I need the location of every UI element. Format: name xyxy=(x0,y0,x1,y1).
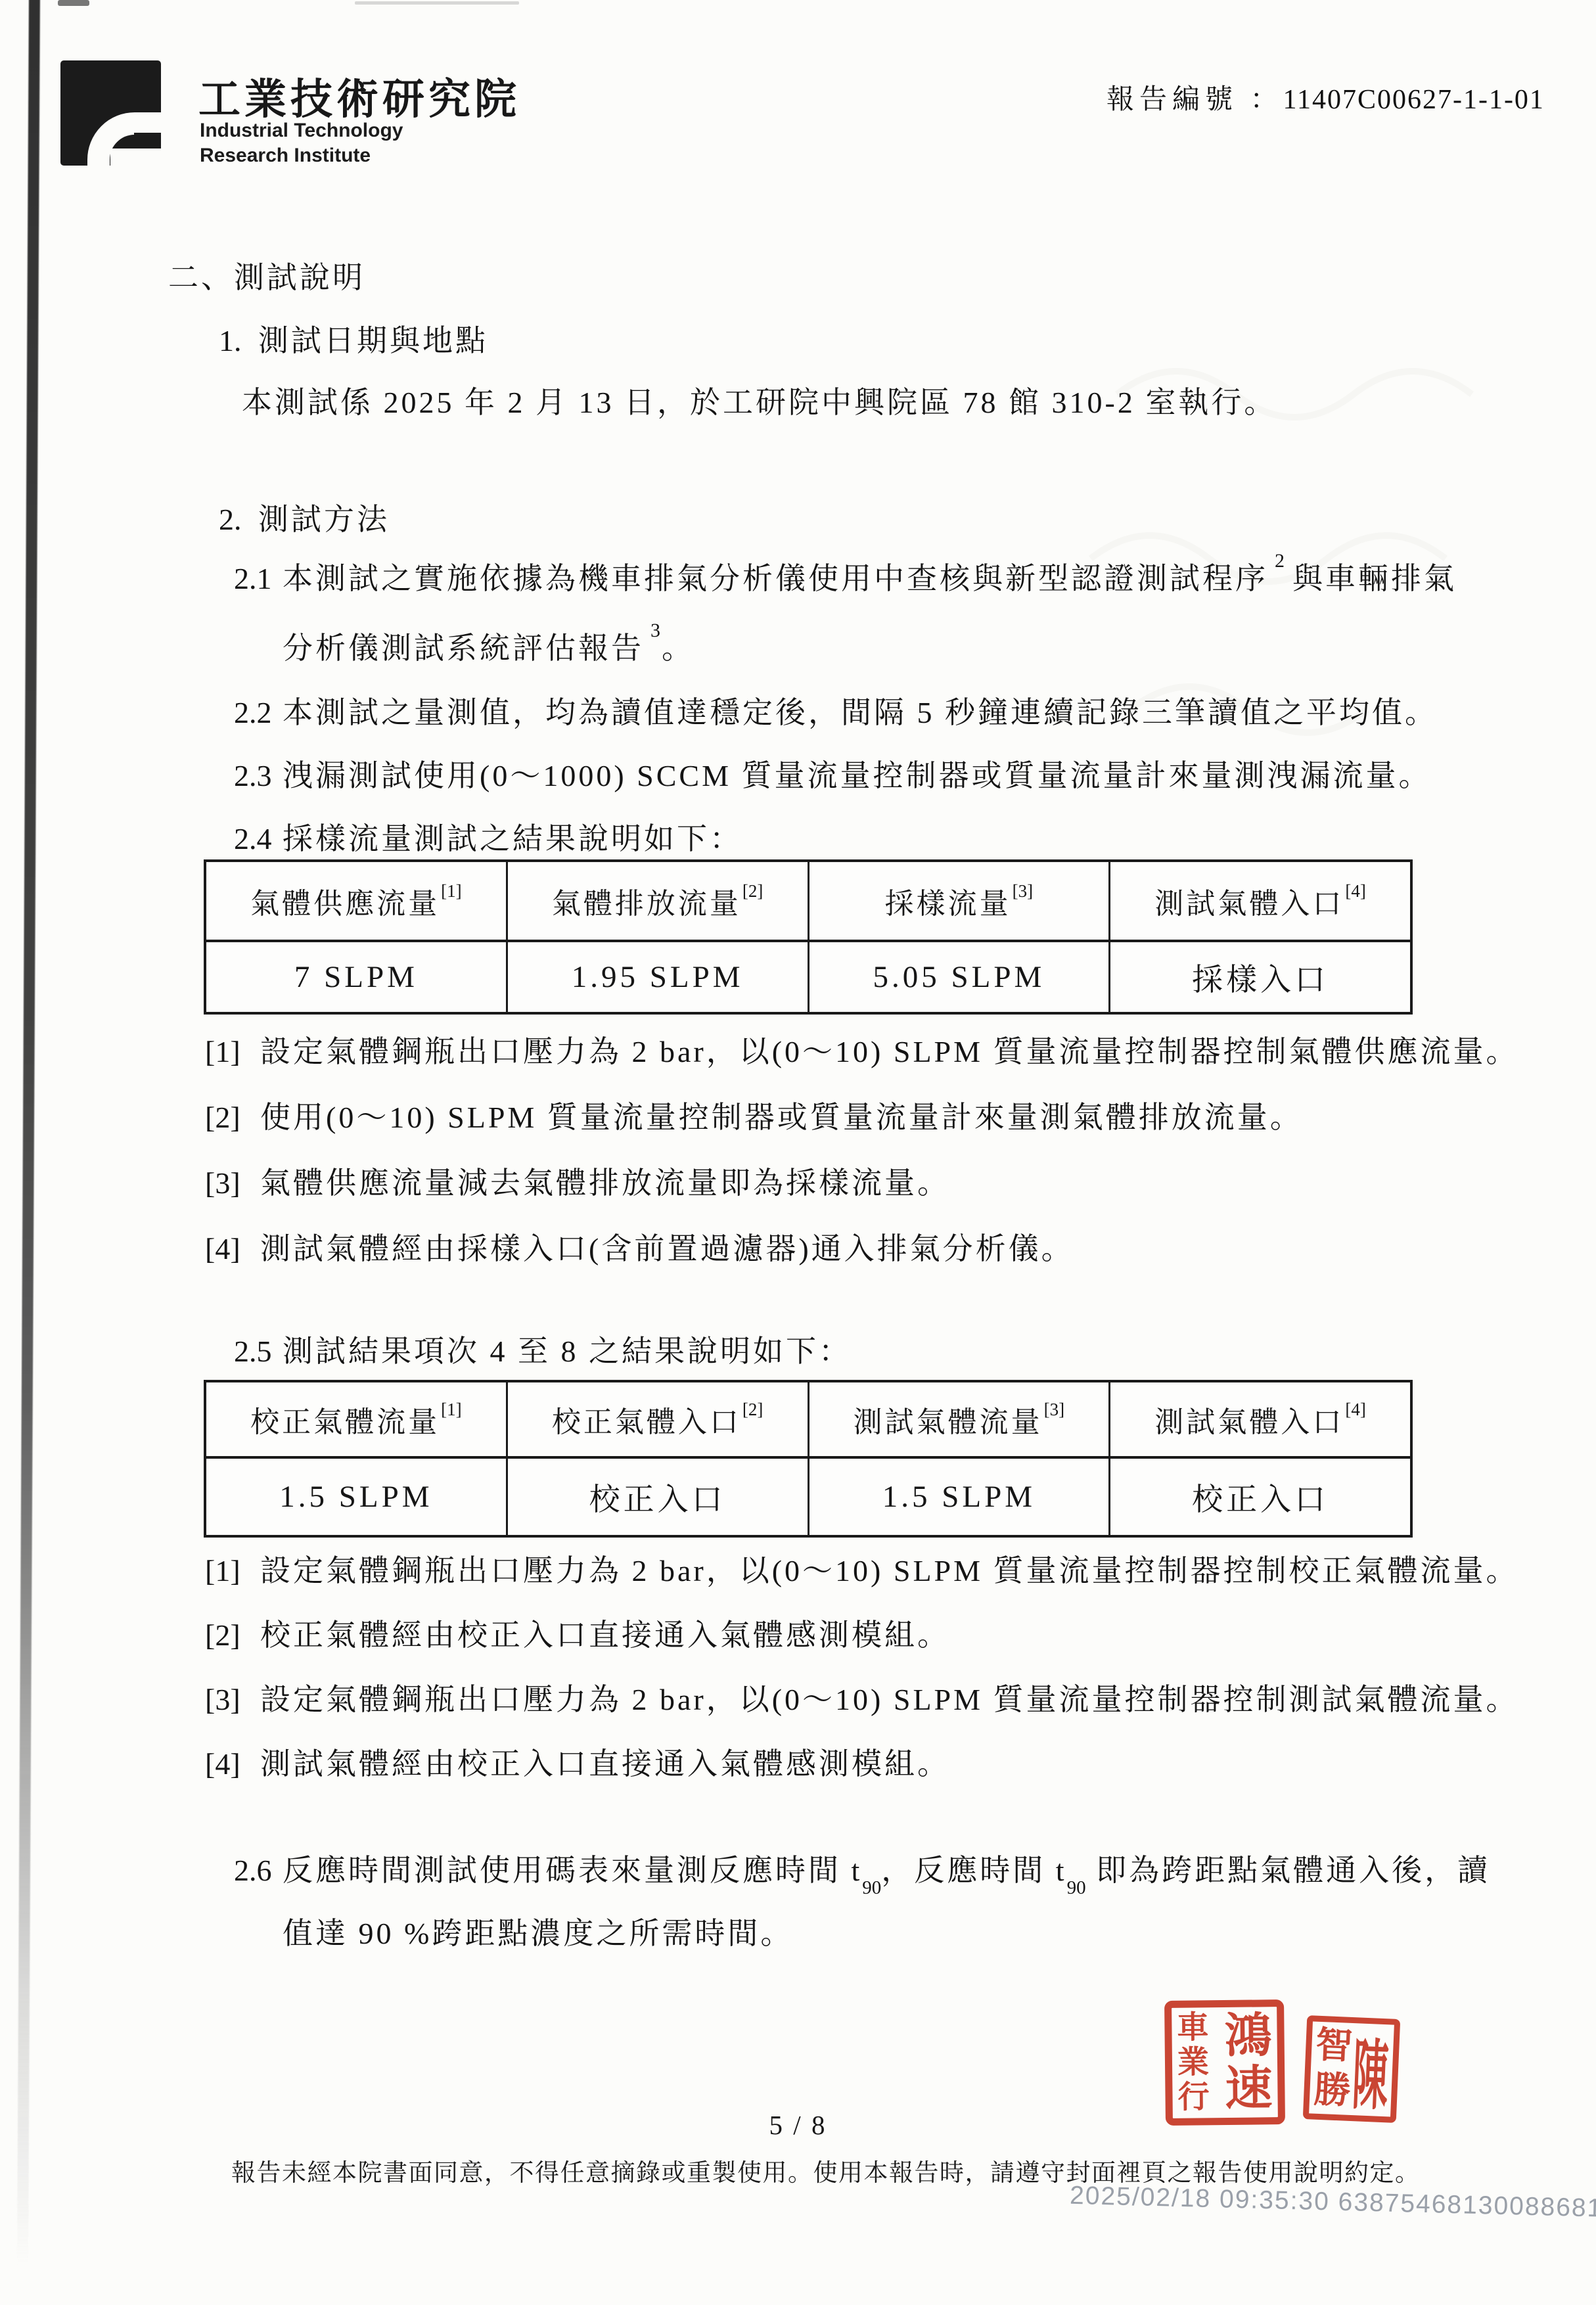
footnote-text: 設定氣體鋼瓶出口壓力為 2 bar，以(0～10) SLPM 質量流量控制器控制… xyxy=(260,1683,1519,1716)
calibration-flow-table: 校正氣體流量[1] 校正氣體入口[2] 測試氣體流量[3] 測試氣體入口[4] … xyxy=(204,1380,1413,1538)
sampling-flow-table: 氣體供應流量[1] 氣體排放流量[2] 採樣流量[3] 測試氣體入口[4] 7 … xyxy=(204,859,1413,1015)
table-header-cell: 校正氣體入口[2] xyxy=(508,1382,809,1456)
clause-2-3: 2.3洩漏測試使用(0～1000) SCCM 質量流量控制器或質量流量計來量測洩… xyxy=(234,752,1431,795)
item2-number: 2. xyxy=(219,502,258,537)
table-value-cell: 1.5 SLPM xyxy=(809,1459,1111,1535)
table-header-cell: 校正氣體流量[1] xyxy=(206,1382,508,1456)
clause-2-6-text: 反應時間測試使用碼表來量測反應時間 t xyxy=(283,1854,862,1887)
table-value-cell: 7 SLPM xyxy=(206,942,508,1012)
clause-2-5-number: 2.5 xyxy=(234,1334,283,1369)
company-seal-left-column: 車 業 行 xyxy=(1177,2010,1210,2115)
footnote-text: 測試氣體經由校正入口直接通入氣體感測模組。 xyxy=(260,1747,950,1781)
header-footnote-ref: [3] xyxy=(1013,881,1033,901)
clause-2-5: 2.5測試結果項次 4 至 8 之結果說明如下： xyxy=(234,1327,852,1371)
table1-footnote-1: [1]設定氣體鋼瓶出口壓力為 2 bar，以(0～10) SLPM 質量流量控制… xyxy=(205,1028,1519,1071)
footnote-ref: [2] xyxy=(205,1618,260,1653)
table-header-row: 氣體供應流量[1] 氣體排放流量[2] 採樣流量[3] 測試氣體入口[4] xyxy=(206,862,1410,942)
footnote-ref: [3] xyxy=(205,1682,260,1717)
item1-number: 1. xyxy=(219,323,258,358)
footnote-ref: [3] xyxy=(205,1166,260,1200)
table1-footnote-3: [3]氣體供應流量減去氣體排放流量即為採樣流量。 xyxy=(205,1159,950,1202)
scan-timestamp: 2025/02/18 09:35:30 638754681300886814 xyxy=(1070,2181,1596,2224)
table2-footnote-1: [1]設定氣體鋼瓶出口壓力為 2 bar，以(0～10) SLPM 質量流量控制… xyxy=(205,1547,1519,1590)
table-value-row: 1.5 SLPM 校正入口 1.5 SLPM 校正入口 xyxy=(206,1459,1410,1535)
footnote-ref: [2] xyxy=(205,1100,260,1135)
company-seal-stamp: 車 業 行 鴻 速 xyxy=(1164,1999,1285,2126)
section-heading: 二、測試說明 xyxy=(168,254,365,297)
header-footnote-ref: [2] xyxy=(742,1400,763,1420)
table-value-cell: 校正入口 xyxy=(508,1459,809,1535)
clause-2-1-text2: 分析儀測試系統評估報告 xyxy=(283,631,644,665)
footnote-text: 測試氣體經由採樣入口(含前置過濾器)通入排氣分析儀。 xyxy=(260,1232,1074,1266)
table-header-cell: 氣體排放流量[2] xyxy=(508,862,809,940)
header-label: 氣體供應流量 xyxy=(250,880,440,922)
clause-2-2: 2.2本測試之量測值，均為讀值達穩定後，間隔 5 秒鐘連續記錄三筆讀值之平均值。 xyxy=(234,689,1438,732)
report-number-label: 報告編號 ： xyxy=(1106,85,1283,115)
table-value-row: 7 SLPM 1.95 SLPM 5.05 SLPM 採樣入口 xyxy=(206,942,1410,1012)
footnote-ref-superscript: 2 xyxy=(1275,550,1285,572)
scan-artifact-speck xyxy=(355,1,519,5)
item1-heading: 1.測試日期與地點 xyxy=(219,317,488,360)
table2-footnote-4: [4]測試氣體經由校正入口直接通入氣體感測模組。 xyxy=(205,1740,950,1783)
table-value-cell: 校正入口 xyxy=(1110,1459,1410,1535)
item1-paragraph: 本測試係 2025 年 2 月 13 日，於工研院中興院區 78 館 310-2… xyxy=(242,378,1277,422)
table-value-cell: 採樣入口 xyxy=(1110,942,1410,1012)
clause-2-3-text: 洩漏測試使用(0～1000) SCCM 質量流量控制器或質量流量計來量測洩漏流量… xyxy=(283,759,1431,792)
seal-char: 智 xyxy=(1315,2026,1353,2066)
org-title-en-line2: Research Institute xyxy=(200,143,403,168)
table-value-cell: 5.05 SLPM xyxy=(809,942,1111,1012)
org-title-en: Industrial Technology Research Institute xyxy=(200,118,403,168)
seal-char: 陳 xyxy=(1351,2015,1391,2125)
seal-char: 車 xyxy=(1177,2011,1209,2045)
header-label: 測試氣體入口 xyxy=(1154,880,1344,922)
table-header-row: 校正氣體流量[1] 校正氣體入口[2] 測試氣體流量[3] 測試氣體入口[4] xyxy=(206,1382,1410,1459)
page-number: 5 / 8 xyxy=(0,2109,1596,2141)
clause-2-1-text-cont: 與車輛排氣 xyxy=(1292,562,1457,595)
personal-seal-left-column: 智 勝 xyxy=(1313,2023,1354,2114)
clause-2-2-text: 本測試之量測值，均為讀值達穩定後，間隔 5 秒鐘連續記錄三筆讀值之平均值。 xyxy=(283,696,1438,729)
clause-2-3-number: 2.3 xyxy=(234,758,283,793)
scan-artifact-vertical-line xyxy=(17,0,40,2267)
footnote-text: 氣體供應流量減去氣體排放流量即為採樣流量。 xyxy=(260,1166,950,1200)
footnote-text: 校正氣體經由校正入口直接通入氣體感測模組。 xyxy=(260,1618,950,1652)
company-seal-right-column: 鴻 速 xyxy=(1224,2009,1273,2115)
header-footnote-ref: [1] xyxy=(441,1400,461,1420)
clause-2-5-text: 測試結果項次 4 至 8 之結果說明如下： xyxy=(283,1335,852,1368)
clause-2-1-line2: 分析儀測試系統評估報告3。 xyxy=(283,624,695,668)
personal-seal-right-column: 陳 xyxy=(1351,2024,1390,2115)
clause-2-6-text-cont: ，反應時間 t xyxy=(881,1854,1066,1887)
org-title-zh: 工業技術研究院 xyxy=(198,66,520,126)
table1-footnote-2: [2]使用(0～10) SLPM 質量流量控制器或質量流量計來量測氣體排放流量。 xyxy=(205,1093,1303,1137)
scanned-report-page: 工業技術研究院 Industrial Technology Research I… xyxy=(0,0,1596,2305)
footnote-ref: [4] xyxy=(205,1231,260,1266)
header-footnote-ref: [1] xyxy=(441,881,461,901)
footnote-ref: [1] xyxy=(205,1034,260,1069)
seal-char: 速 xyxy=(1225,2062,1273,2115)
table-value-cell: 1.95 SLPM xyxy=(508,942,809,1012)
footer-disclaimer: 報告未經本院書面同意，不得任意摘錄或重製使用。使用本報告時，請遵守封面裡頁之報告… xyxy=(231,2153,1421,2188)
header-label: 校正氣體入口 xyxy=(552,1398,741,1440)
footnote-text: 設定氣體鋼瓶出口壓力為 2 bar，以(0～10) SLPM 質量流量控制器控制… xyxy=(260,1035,1519,1068)
clause-2-6-number: 2.6 xyxy=(234,1853,283,1888)
seal-char: 業 xyxy=(1177,2045,1210,2080)
clause-2-1-line1: 2.1本測試之實施依據為機車排氣分析儀使用中查核與新型認證測試程序2與車輛排氣 xyxy=(234,555,1457,598)
header-label: 校正氣體流量 xyxy=(250,1398,440,1440)
header-label: 採樣流量 xyxy=(885,880,1011,922)
header-label: 測試氣體入口 xyxy=(1154,1398,1344,1440)
clause-2-4-number: 2.4 xyxy=(234,821,283,856)
table-header-cell: 測試氣體流量[3] xyxy=(809,1382,1111,1456)
report-number-value: 11407C00627-1-1-01 xyxy=(1283,85,1545,115)
table-header-cell: 測試氣體入口[4] xyxy=(1110,862,1410,940)
footnote-text: 設定氣體鋼瓶出口壓力為 2 bar，以(0～10) SLPM 質量流量控制器控制… xyxy=(260,1554,1519,1587)
seal-char: 勝 xyxy=(1313,2070,1351,2111)
itri-logo-icon xyxy=(60,60,161,166)
clause-2-4: 2.4採樣流量測試之結果說明如下： xyxy=(234,815,742,858)
table1-footnote-4: [4]測試氣體經由採樣入口(含前置過濾器)通入排氣分析儀。 xyxy=(205,1225,1074,1268)
clause-2-4-text: 採樣流量測試之結果說明如下： xyxy=(283,822,742,856)
table-value-cell: 1.5 SLPM xyxy=(206,1459,508,1535)
item2-heading: 2.測試方法 xyxy=(219,495,390,539)
footnote-ref: [1] xyxy=(205,1553,260,1588)
item1-title: 測試日期與地點 xyxy=(258,324,488,357)
clause-2-1-text: 本測試之實施依據為機車排氣分析儀使用中查核與新型認證測試程序 xyxy=(283,562,1268,595)
header-footnote-ref: [2] xyxy=(742,881,763,901)
clause-2-2-number: 2.2 xyxy=(234,695,283,730)
clause-2-6-line2: 值達 90 %跨距點濃度之所需時間。 xyxy=(283,1909,793,1953)
t90-subscript: 90 xyxy=(1067,1877,1086,1898)
header-label: 測試氣體流量 xyxy=(854,1398,1043,1440)
table-header-cell: 採樣流量[3] xyxy=(809,862,1111,940)
org-title-en-line1: Industrial Technology xyxy=(200,118,403,143)
t90-subscript: 90 xyxy=(862,1877,881,1898)
clause-2-6-text-cont2: 即為跨距點氣體通入後，讀 xyxy=(1086,1854,1491,1887)
item2-title: 測試方法 xyxy=(258,503,390,536)
table-header-cell: 測試氣體入口[4] xyxy=(1110,1382,1410,1456)
clause-2-1-number: 2.1 xyxy=(234,561,283,596)
footnote-ref-superscript: 3 xyxy=(650,620,660,641)
header-footnote-ref: [3] xyxy=(1044,1400,1064,1420)
table2-footnote-2: [2]校正氣體經由校正入口直接通入氣體感測模組。 xyxy=(205,1611,950,1655)
header-footnote-ref: [4] xyxy=(1345,1400,1365,1420)
table2-footnote-3: [3]設定氣體鋼瓶出口壓力為 2 bar，以(0～10) SLPM 質量流量控制… xyxy=(205,1676,1519,1719)
table-header-cell: 氣體供應流量[1] xyxy=(206,862,508,940)
footnote-text: 使用(0～10) SLPM 質量流量控制器或質量流量計來量測氣體排放流量。 xyxy=(260,1101,1303,1134)
clause-2-6-line1: 2.6反應時間測試使用碼表來量測反應時間 t90，反應時間 t90 即為跨距點氣… xyxy=(234,1846,1490,1892)
clause-2-1-period: 。 xyxy=(662,631,695,665)
footnote-ref: [4] xyxy=(205,1746,260,1781)
header-label: 氣體排放流量 xyxy=(552,880,741,922)
scan-artifact-speck xyxy=(58,0,89,6)
header-footnote-ref: [4] xyxy=(1345,881,1365,901)
report-number: 報告編號 ：11407C00627-1-1-01 xyxy=(1106,78,1545,117)
seal-char: 鴻 xyxy=(1224,2009,1272,2063)
personal-seal-stamp: 智 勝 陳 xyxy=(1303,2015,1400,2123)
